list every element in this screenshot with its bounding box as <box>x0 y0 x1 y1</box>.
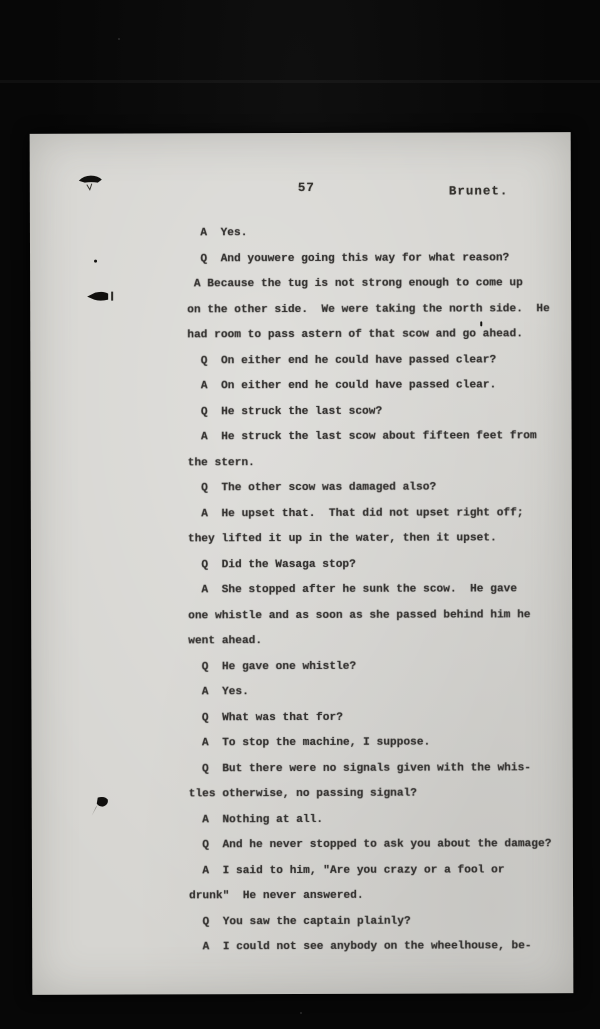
ink-dot <box>94 260 97 263</box>
transcript-line: Q And he never stopped to ask you about … <box>189 832 569 859</box>
ink-blot-arrow <box>78 173 104 193</box>
transcript-line: A Yes. <box>187 220 567 247</box>
transcript-line: A To stop the machine, I suppose. <box>189 730 569 757</box>
transcript-line: A Nothing at all. <box>189 807 569 834</box>
ink-blot-smear <box>86 289 116 305</box>
transcript-line: Q You saw the captain plainly? <box>189 909 569 936</box>
transcript-line: had room to pass astern of that scow and… <box>187 322 567 349</box>
transcript-line: one whistle and as soon as she passed be… <box>188 603 568 630</box>
transcript-text: A Yes. Q And youwere going this way for … <box>187 220 569 961</box>
transcript-line: on the other side. We were taking the no… <box>187 297 567 324</box>
film-seam <box>0 80 600 83</box>
transcript-line: tles otherwise, no passing signal? <box>189 781 569 808</box>
transcript-line: Q On either end he could have passed cle… <box>187 348 567 375</box>
transcript-line: A She stopped after he sunk the scow. He… <box>188 577 568 604</box>
transcript-line: A On either end he could have passed cle… <box>187 373 567 400</box>
transcript-line: A He struck the last scow about fifteen … <box>188 424 568 451</box>
transcript-line: Q And youwere going this way for what re… <box>187 246 567 273</box>
transcript-line: the stern. <box>188 450 568 477</box>
transcript-line: Q He struck the last scow? <box>187 399 567 426</box>
transcript-line: Q Did the Wasaga stop? <box>188 552 568 579</box>
transcript-line: A Yes. <box>188 679 568 706</box>
transcript-line: A I said to him, "Are you crazy or a foo… <box>189 858 569 885</box>
transcript-line: A I could not see anybody on the wheelho… <box>189 934 569 961</box>
document-page: 57 Brunet. A Yes. Q And youwere going th… <box>30 132 574 995</box>
transcript-line: Q He gave one whistle? <box>188 654 568 681</box>
transcript-line: they lifted it up in the water, then it … <box>188 526 568 553</box>
transcript-line: Q But there were no signals given with t… <box>189 756 569 783</box>
film-speck <box>118 38 120 40</box>
ink-blot-flag <box>90 796 112 820</box>
transcript-line: went ahead. <box>188 628 568 655</box>
scanned-photo-frame: 57 Brunet. A Yes. Q And youwere going th… <box>0 0 600 1029</box>
page-number: 57 <box>298 181 315 195</box>
transcript-line: drunk" He never answered. <box>189 883 569 910</box>
transcript-line: Q The other scow was damaged also? <box>188 475 568 502</box>
witness-name: Brunet. <box>449 184 509 198</box>
transcript-line: Q What was that for? <box>188 705 568 732</box>
transcript-line: A Because the tug is not strong enough t… <box>187 271 567 298</box>
film-speck <box>300 1012 302 1014</box>
transcript-line: A He upset that. That did not upset righ… <box>188 501 568 528</box>
